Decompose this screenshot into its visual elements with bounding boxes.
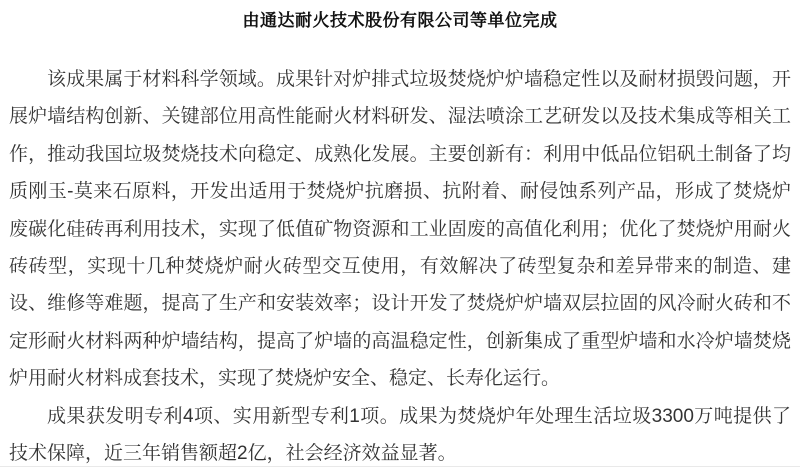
document-page: 由通达耐火技术股份有限公司等单位完成 该成果属于材料科学领域。成果针对炉排式垃圾… [0, 0, 800, 467]
paragraph-achievement-description: 该成果属于材料科学领域。成果针对炉排式垃圾焚烧炉炉墙稳定性以及耐材损毁问题，开展… [9, 61, 791, 398]
paragraph-patents-benefits: 成果获发明专利4项、实用新型专利1项。成果为焚烧炉年处理生活垃圾3300万吨提供… [9, 398, 791, 467]
document-body: 该成果属于材料科学领域。成果针对炉排式垃圾焚烧炉炉墙稳定性以及耐材损毁问题，开展… [0, 61, 800, 467]
document-title: 由通达耐火技术股份有限公司等单位完成 [0, 0, 800, 32]
